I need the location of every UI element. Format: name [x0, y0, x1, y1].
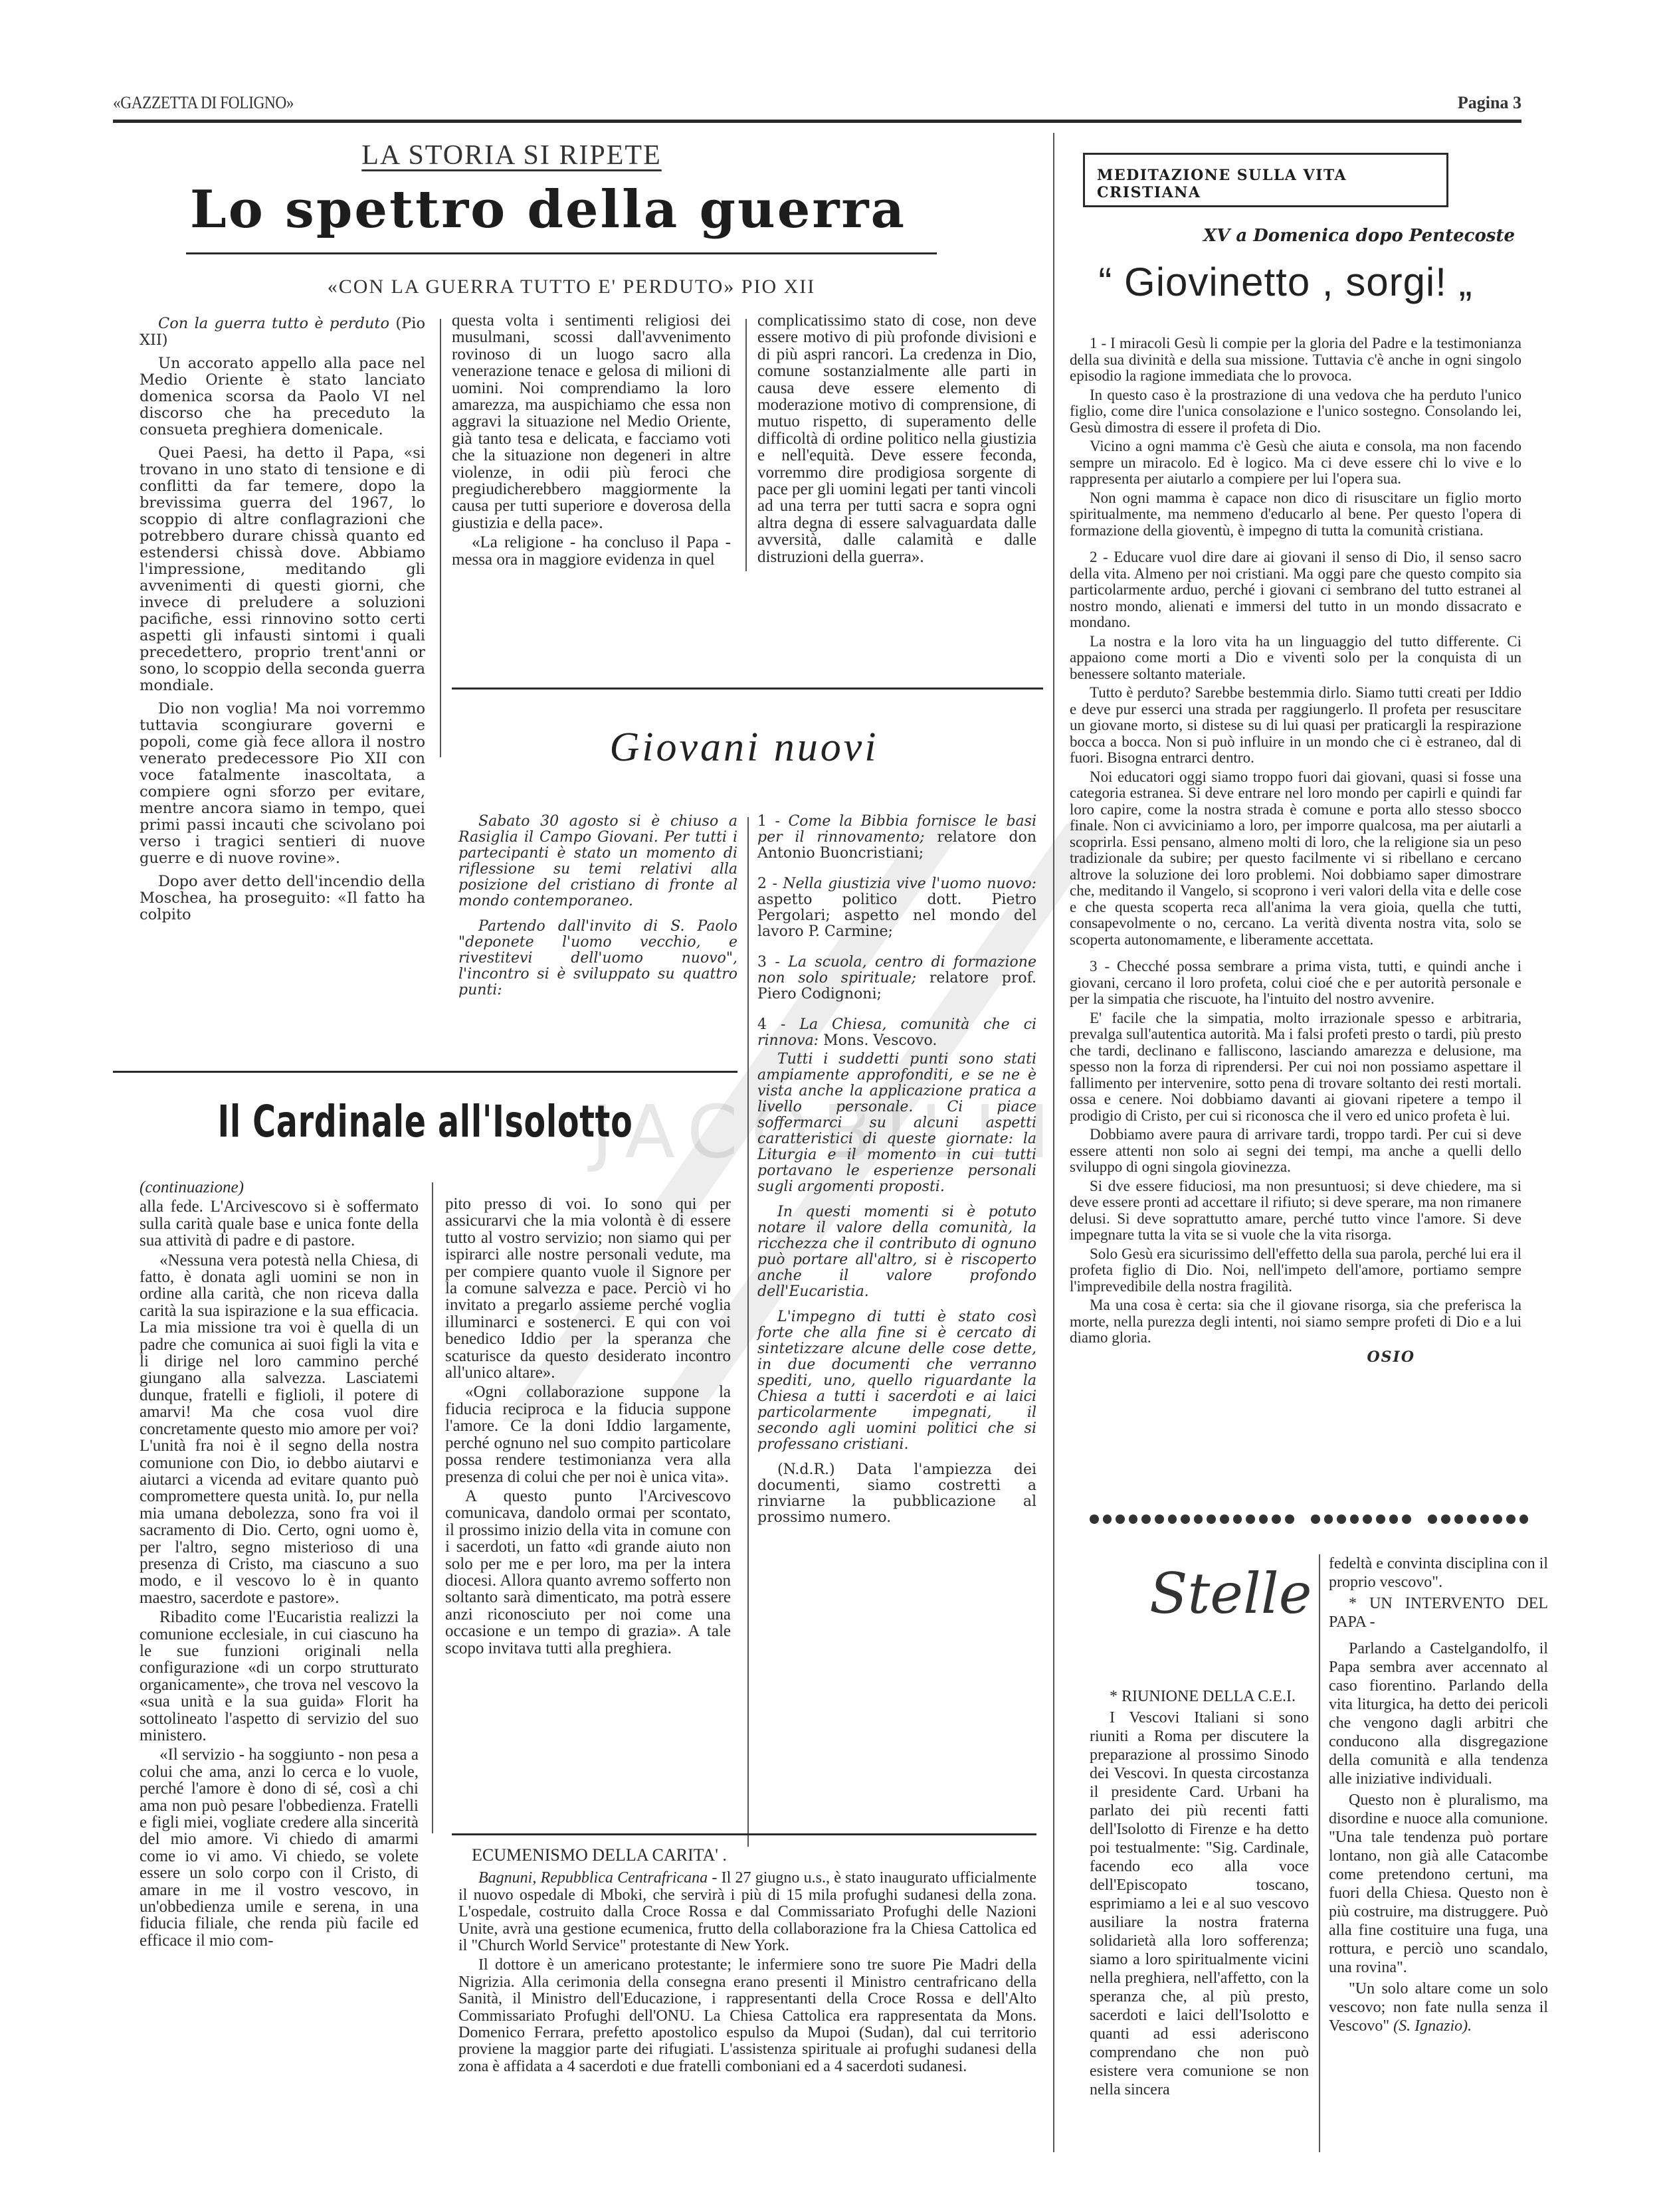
cardinale-p1: alla fede. L'Arcivescovo si è soffermato… — [140, 1198, 419, 1249]
dotted-divider — [1090, 1515, 1528, 1524]
war-col3-p1: complicatissimo stato di cose, non deve … — [757, 312, 1036, 565]
cardinale-p2: «Nessuna vera potestà nella Chiesa, di f… — [140, 1252, 419, 1607]
cardinale-col-divider — [432, 1182, 433, 1833]
stelle-item2-attrib: (S. Ignazio). — [1393, 2017, 1472, 2035]
giovani-point: 4 - La Chiesa, comunità che ci rinnova: … — [757, 1017, 1036, 1049]
war-col2-p1: questa volta i sentimenti religiosi dei … — [452, 312, 731, 531]
cardinale-col2-p2: «Ogni collaborazione suppone la fiducia … — [445, 1384, 731, 1485]
giovani-points: 1 - Come la Bibbia fornisce le basi per … — [757, 814, 1036, 1535]
war-col2-p2: «La religione - ha concluso il Papa - me… — [452, 534, 731, 568]
giovani-point: 2 - Nella giustizia vive l'uomo nuovo: a… — [757, 876, 1036, 940]
meditazione-paragraph: E' facile che la simpatia, molto irrazio… — [1070, 1010, 1521, 1125]
giovani-followup-p3: L'impegno di tutti è stato così forte ch… — [757, 1309, 1036, 1453]
meditazione-box-title: MEDITAZIONE SULLA VITA CRISTIANA — [1083, 153, 1448, 207]
cardinale-p3: Ribadito come l'Eucaristia realizzi la c… — [140, 1609, 419, 1744]
stelle-item2-p1: Parlando a Castelgandolfo, il Papa sembr… — [1329, 1639, 1548, 1788]
meditazione-paragraph: Si dve essere fiduciosi, ma non presuntu… — [1070, 1178, 1521, 1244]
ecumenismo-top-rule — [452, 1833, 1036, 1835]
war-headline: Lo spettro della guerra — [166, 179, 930, 240]
meditazione-paragraph: 3 - Checché possa sembrare a prima vista… — [1070, 959, 1521, 1008]
giovani-point: 3 - La scuola, centro di formazione non … — [757, 955, 1036, 1002]
cardinale-col2-p3: A questo punto l'Arcivescovo comunicava,… — [445, 1488, 731, 1657]
page-number: Pagina 3 — [1458, 93, 1521, 113]
war-subhead: «CON LA GUERRA TUTTO E' PERDUTO» PIO XII — [213, 276, 930, 298]
war-lead: Con la guerra tutto è perduto — [158, 315, 389, 332]
masthead: «GAZZETTA DI FOLIGNO» Pagina 3 — [113, 93, 1541, 120]
cardinale-col-2: pito presso di voi. Io sono qui per assi… — [445, 1196, 731, 1659]
meditazione-signature: OSIO — [1070, 1349, 1521, 1366]
ecumenismo-article: ECUMENISMO DELLA CARITA' . Bagnuni, Repu… — [458, 1847, 1036, 2078]
meditazione-paragraph: Non ogni mamma è capace non dico di risu… — [1070, 490, 1521, 539]
newspaper-page: JACOBILLI «GAZZETTA DI FOLIGNO» Pagina 3… — [113, 93, 1541, 2159]
meditazione-body: 1 - I miracoli Gesù li compie per la glo… — [1070, 335, 1521, 1365]
cardinale-col2-p1: pito presso di voi. Io sono qui per assi… — [445, 1196, 731, 1381]
war-col-2: questa volta i sentimenti religiosi dei … — [452, 312, 731, 571]
meditazione-paragraph: La nostra e la loro vita ha un linguaggi… — [1070, 634, 1521, 683]
war-p1: Un accorato appello alla pace nel Medio … — [140, 355, 425, 438]
war-p2: Quei Paesi, ha detto il Papa, «si trovan… — [140, 445, 425, 694]
ecumenismo-p2: Il dottore è un americano protestante; l… — [458, 1957, 1036, 2075]
cardinale-continuation: (continuazione) — [140, 1179, 419, 1196]
meditazione-paragraph: Vicino a ogni mamma c'è Gesù che aiuta e… — [1070, 438, 1521, 488]
war-col-1: Con la guerra tutto è perduto (Pio XII) … — [140, 316, 425, 930]
meditazione-paragraph: Ma una cosa è certa: sia che il giovane … — [1070, 1297, 1521, 1346]
meditazione-paragraph: In questo caso è la prostrazione di una … — [1070, 387, 1521, 436]
column-divider — [1053, 133, 1054, 2152]
giovani-followup-p2: In questi momenti si è potuto notare il … — [757, 1204, 1036, 1300]
war-col-divider-2 — [745, 319, 747, 571]
war-p4: Dopo aver detto dell'incendio della Mosc… — [140, 874, 425, 923]
giovani-col-divider — [747, 817, 749, 1847]
meditazione-paragraph: 2 - Educare vuol dire dare ai giovani il… — [1070, 549, 1521, 631]
giovani-followup-p1: Tutti i suddetti punti sono stati ampiam… — [757, 1052, 1036, 1195]
stelle-continuation: fedeltà e convinta disciplina con il pro… — [1329, 1554, 1548, 1592]
stelle-item2-title: * UN INTERVENTO DEL PAPA - — [1329, 1594, 1548, 1631]
cardinale-headline: Il Cardinale all'Isolotto — [201, 1096, 650, 1147]
war-p3: Dio non voglia! Ma noi vorremmo tuttavia… — [140, 701, 425, 867]
meditazione-paragraph: Tutto è perduto? Sarebbe bestemmia dirlo… — [1070, 685, 1521, 767]
meditazione-paragraph: Noi educatori oggi siamo troppo fuori da… — [1070, 769, 1521, 949]
stelle-item1-text: I Vescovi Italiani si sono riuniti a Rom… — [1090, 1708, 1309, 2099]
giovani-intro: Sabato 30 agosto si è chiuso a Rasiglia … — [458, 814, 737, 1008]
cardinale-top-rule — [113, 1071, 737, 1073]
giovani-point: 1 - Come la Bibbia fornisce le basi per … — [757, 814, 1036, 862]
masthead-rule — [113, 120, 1521, 123]
stelle-col-1: * RIUNIONE DELLA C.E.I. I Vescovi Italia… — [1090, 1687, 1309, 2102]
stelle-col-divider — [1319, 1554, 1320, 2152]
publication-name: «GAZZETTA DI FOLIGNO» — [113, 93, 294, 113]
meditazione-paragraph: Dobbiamo avere paura di arrivare tardi, … — [1070, 1127, 1521, 1176]
stelle-item2-p2: Questo non è pluralismo, ma disordine e … — [1329, 1791, 1548, 1977]
meditazione-paragraph: Solo Gesù era sicurissimo dell'effetto d… — [1070, 1246, 1521, 1295]
war-col-divider-1 — [440, 319, 441, 757]
giovani-intro-p2: Partendo dall'invito di S. Paolo "depone… — [458, 919, 737, 998]
war-kicker: LA STORIA SI RIPETE — [279, 139, 744, 171]
meditazione-headline: “ Giovinetto , sorgi! „ — [1070, 259, 1502, 305]
meditazione-paragraph: 1 - I miracoli Gesù li compie per la glo… — [1070, 335, 1521, 385]
stelle-col-2: fedeltà e convinta disciplina con il pro… — [1329, 1554, 1548, 2038]
giovani-headline: Giovani nuovi — [452, 724, 1036, 771]
war-col-3: complicatissimo stato di cose, non deve … — [757, 312, 1036, 568]
ecumenismo-dateline: Bagnuni, Repubblica Centrafricana — [478, 1869, 708, 1887]
war-headline-rule — [186, 252, 937, 254]
stelle-item1-title: * RIUNIONE DELLA C.E.I. — [1090, 1687, 1309, 1706]
war-bottom-rule — [452, 688, 1043, 690]
giovani-intro-p1: Sabato 30 agosto si è chiuso a Rasiglia … — [458, 814, 737, 909]
ecumenismo-headline: ECUMENISMO DELLA CARITA' . — [458, 1847, 1036, 1863]
cardinale-col-1: (continuazione) alla fede. L'Arcivescovo… — [140, 1179, 419, 1952]
giovani-ndr: (N.d.R.) Data l'ampiezza dei documenti, … — [757, 1462, 1036, 1526]
stelle-headline: Stelle — [1149, 1561, 1312, 1626]
meditazione-occasion: XV a Domenica dopo Pentecoste — [1083, 226, 1515, 246]
cardinale-p4: «Il servizio - ha soggiunto - non pesa a… — [140, 1746, 419, 1949]
